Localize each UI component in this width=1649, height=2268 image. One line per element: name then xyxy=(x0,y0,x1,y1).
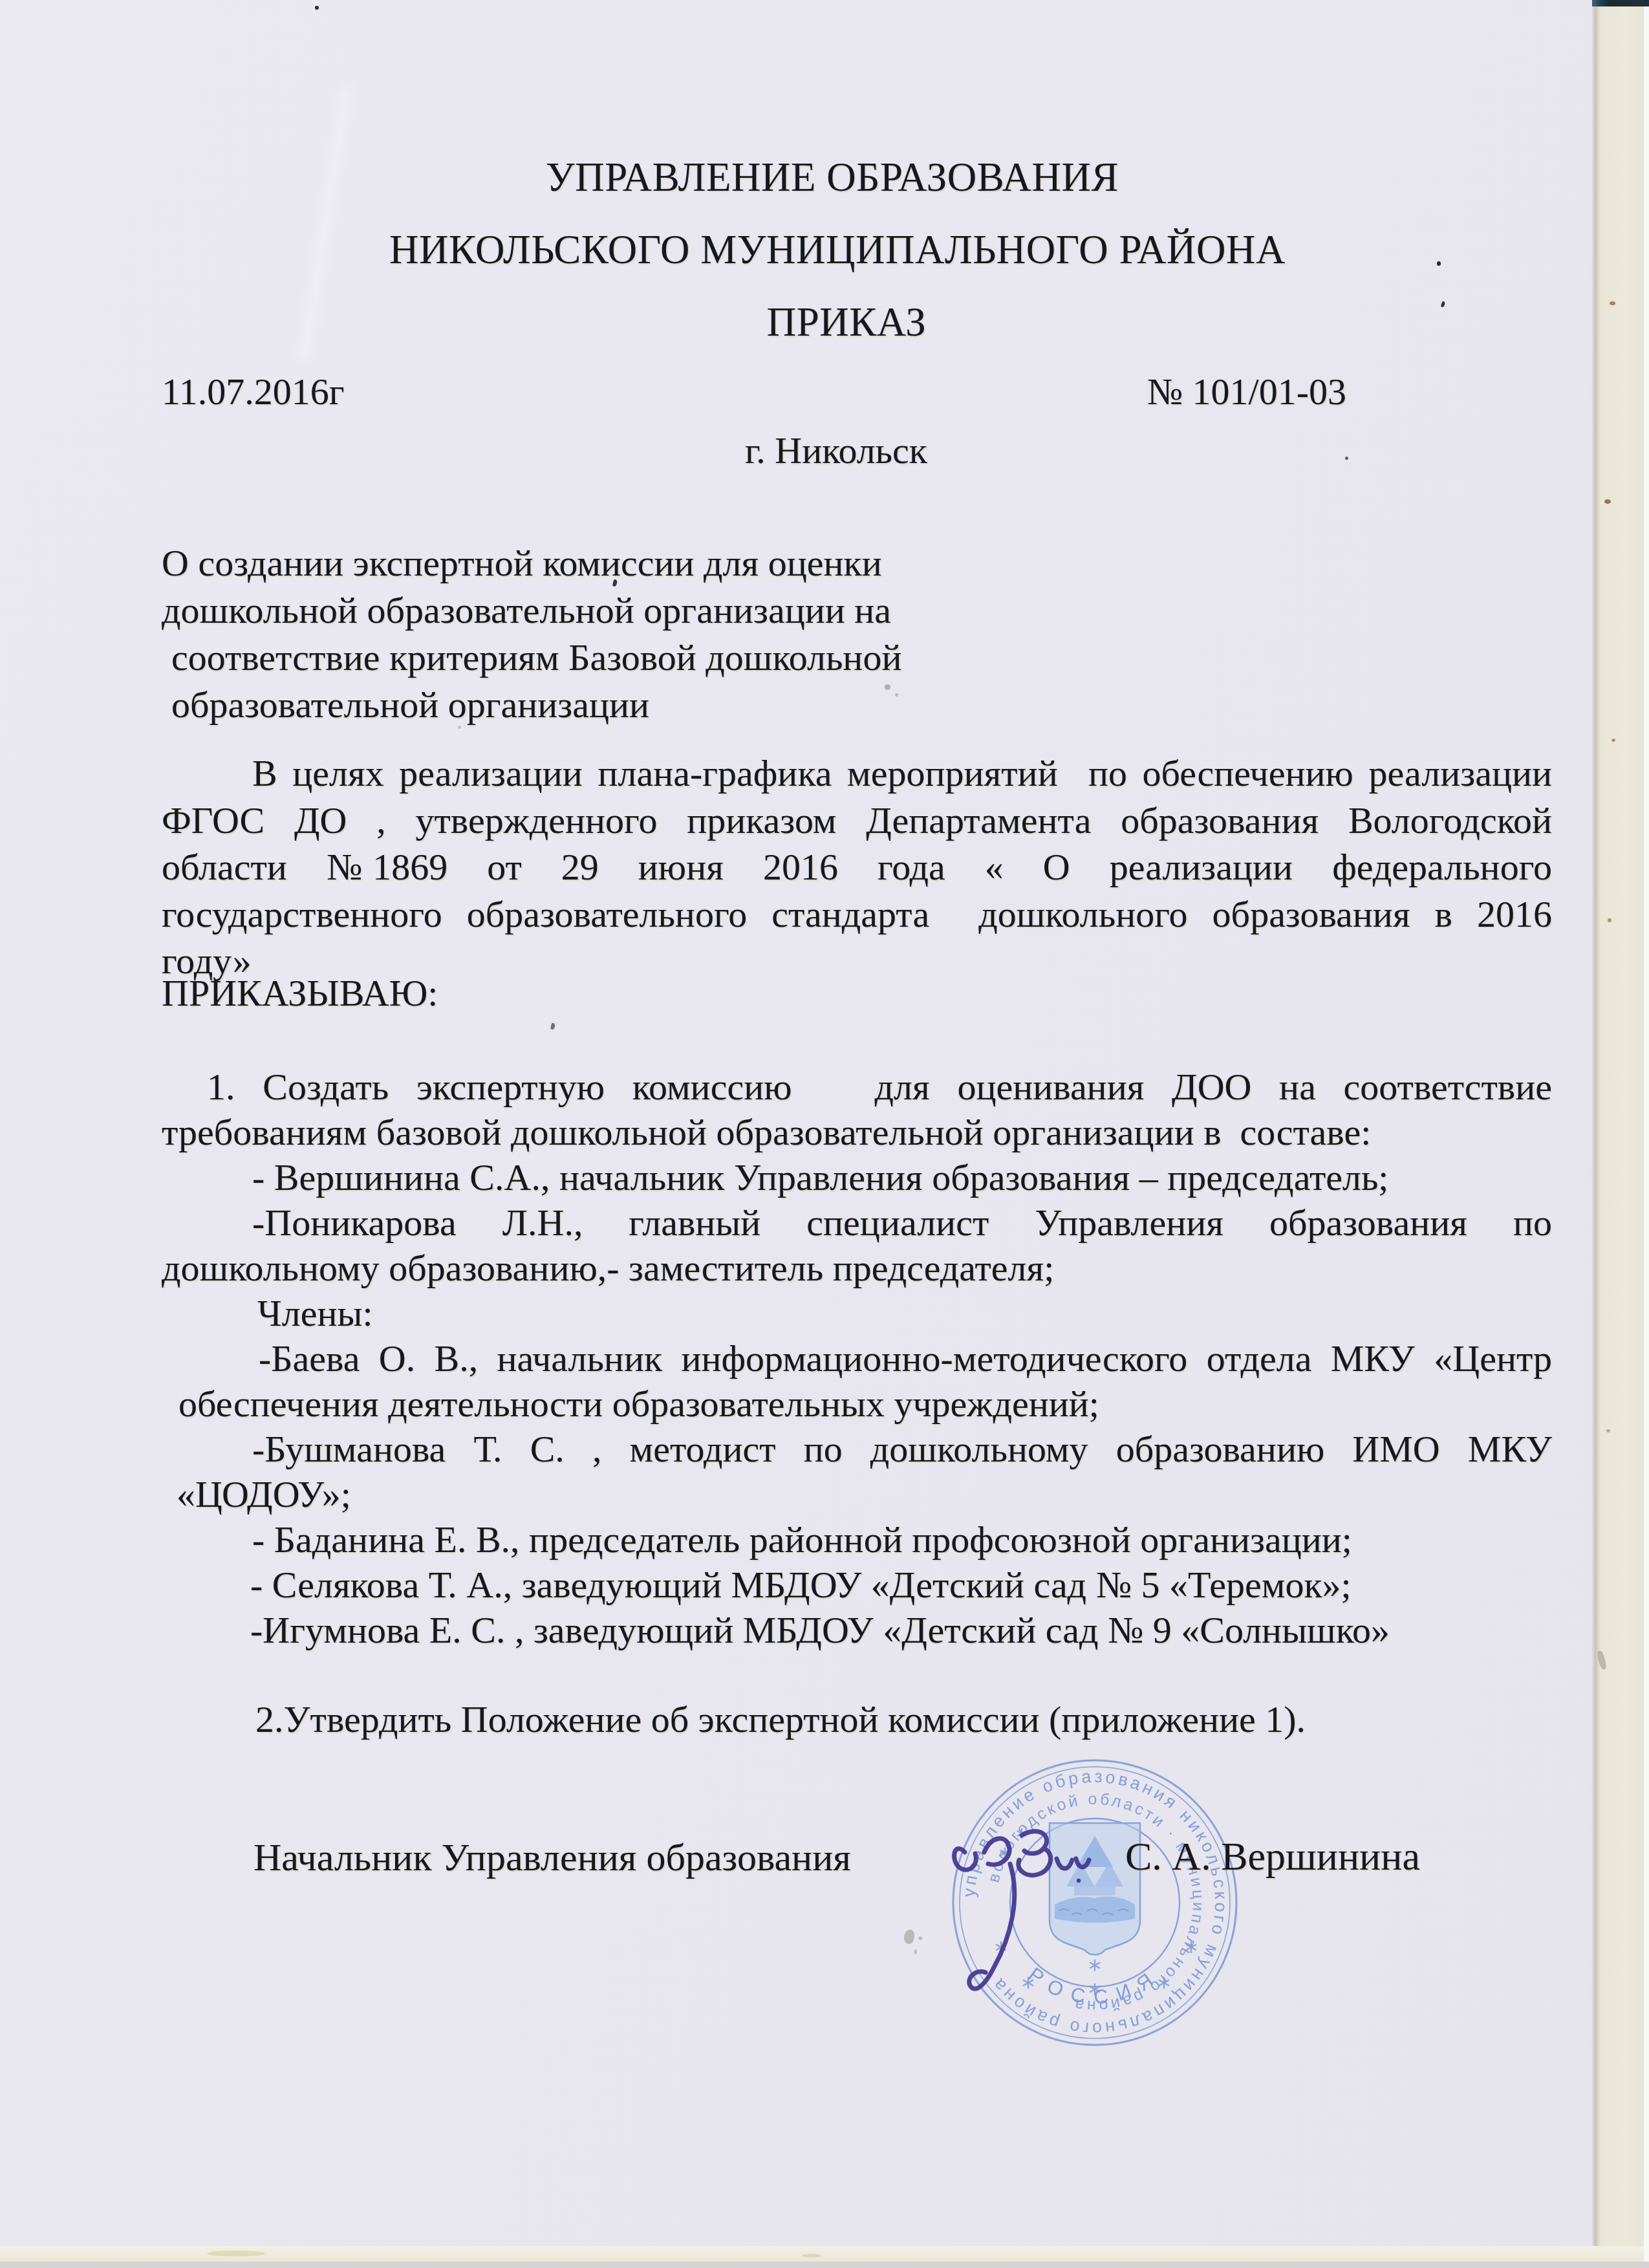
signer-name: С. А. Вершинина xyxy=(1125,1834,1420,1880)
scan-speck xyxy=(1437,261,1441,266)
org-name-line-1: УПРАВЛЕНИЕ ОБРАЗОВАНИЯ xyxy=(137,154,1527,201)
scan-smudge xyxy=(914,1949,917,1954)
scan-smudge xyxy=(904,1930,914,1944)
scan-speck xyxy=(550,1022,555,1030)
order-line: «ЦОДОУ»; xyxy=(162,1472,1552,1517)
preamble-line: В целях реализации плана-графика меропри… xyxy=(162,750,1552,797)
order-line: - Баданина Е. В., председатель районной … xyxy=(162,1517,1552,1562)
doc-type-title: ПРИКАЗ xyxy=(151,299,1542,346)
scan-edge-bottom-gray xyxy=(0,2262,1649,2268)
scan-speck xyxy=(1611,739,1615,742)
scan-edge-top-dark xyxy=(1592,0,1649,6)
scan-speck xyxy=(1606,1429,1610,1432)
scan-speck xyxy=(315,6,319,10)
org-name-line-2: НИКОЛЬСКОГО МУНИЦИПАЛЬНОГО РАЙОНА xyxy=(142,226,1533,274)
signer-title: Начальник Управления образования xyxy=(253,1835,851,1880)
paper-edge-shadow xyxy=(1591,0,1596,2246)
doc-number: № 101/01-03 xyxy=(1147,370,1346,413)
subject-line: О создании экспертной комиссии для оценк… xyxy=(162,539,1552,587)
date-number-row: 11.07.2016г № 101/01-03 xyxy=(162,370,1552,413)
order-line: - Вершинина С.А., начальник Управления о… xyxy=(162,1155,1552,1200)
order-line: - Селякова Т. А., заведующий МБДОУ «Детс… xyxy=(162,1562,1552,1608)
scan-edge-right xyxy=(1596,0,1644,2268)
scan-speck xyxy=(885,684,890,690)
scan-smudge xyxy=(802,2254,821,2258)
preamble-line: ФГОС ДО , утвержденного приказом Департа… xyxy=(162,797,1552,845)
doc-city: г. Никольск xyxy=(141,429,1531,472)
order-line: 1. Создать экспертную комиссию для оцени… xyxy=(162,1064,1552,1110)
order-line: обеспечения деятельности образовательных… xyxy=(162,1381,1552,1427)
subject-line: дошкольной образовательной организации н… xyxy=(162,587,1552,634)
resolution-word: ПРИКАЗЫВАЮ: xyxy=(162,971,1552,1015)
order-line: требованиям базовой дошкольной образоват… xyxy=(162,1110,1552,1155)
subject-line: соответствие критериям Базовой дошкольно… xyxy=(162,634,1552,681)
order-line: -Бушманова Т. С. , методист по дошкольно… xyxy=(162,1427,1552,1472)
order-line: -Игумнова Е. С. , заведующий МБДОУ «Детс… xyxy=(162,1608,1552,1653)
order-line: дошкольному образованию,- заместитель пр… xyxy=(162,1246,1552,1291)
scan-edge-right-white xyxy=(1644,0,1649,2268)
order-line: Члены: xyxy=(162,1291,1552,1336)
doc-date: 11.07.2016г xyxy=(162,371,345,413)
preamble-block: В целях реализации плана-графика меропри… xyxy=(162,750,1552,985)
order-line: -Поникарова Л.Н., главный специалист Упр… xyxy=(162,1200,1552,1246)
preamble-line: области №1869 от 29 июня 2016 года « О р… xyxy=(162,844,1552,891)
scan-speck xyxy=(458,726,461,729)
order-item-2: 2.Утвердить Положение об экспертной коми… xyxy=(162,1697,1552,1742)
subject-line: образовательной организации xyxy=(162,681,1552,728)
order-line: -Баева О. В., начальник информационно-ме… xyxy=(162,1336,1552,1381)
signature-scribble xyxy=(943,1819,1092,2000)
scan-speck xyxy=(1345,457,1348,460)
scan-speck xyxy=(1608,918,1611,922)
subject-block: О создании экспертной комиссии для оценк… xyxy=(162,539,1552,728)
scan-speck xyxy=(1604,499,1611,504)
scan-smudge xyxy=(207,2251,265,2256)
scan-speck xyxy=(1610,301,1615,305)
order-list-block: 1. Создать экспертную комиссию для оцени… xyxy=(162,1064,1552,1653)
scanned-order-page: УПРАВЛЕНИЕ ОБРАЗОВАНИЯ НИКОЛЬСКОГО МУНИЦ… xyxy=(0,0,1649,2268)
preamble-line: государственного образовательного станда… xyxy=(162,891,1552,938)
scan-speck xyxy=(895,693,898,697)
scan-smudge xyxy=(918,1936,922,1940)
order-line: 2.Утвердить Положение об экспертной коми… xyxy=(162,1697,1552,1742)
